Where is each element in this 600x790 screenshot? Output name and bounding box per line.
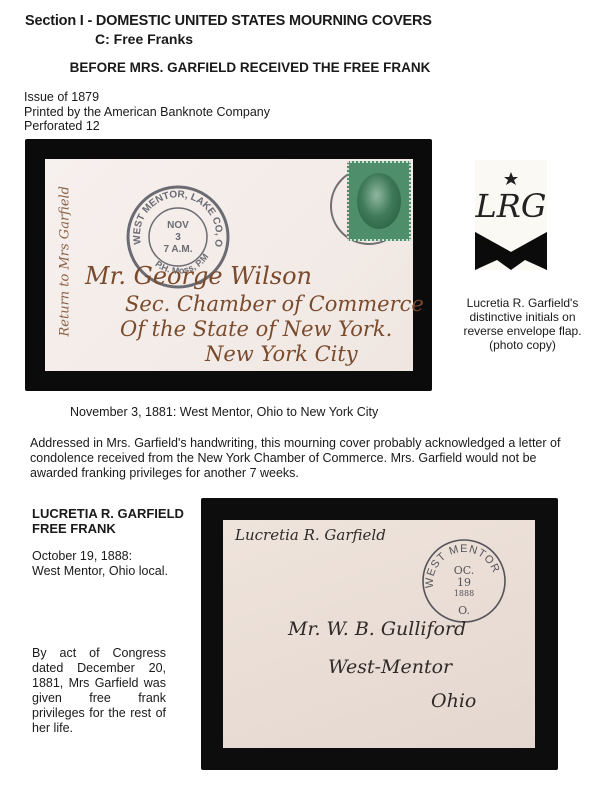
mourning-cover-1888: Lucretia R. Garfield WEST MENTOR OC. 19 … xyxy=(201,498,558,770)
address-line-2: Sec. Chamber of Commerce xyxy=(125,292,424,316)
envelope-paper: Lucretia R. Garfield WEST MENTOR OC. 19 … xyxy=(223,520,535,748)
free-frank-title: LUCRETIA R. GARFIELD FREE FRANK xyxy=(32,506,184,536)
postmark-day: 19 xyxy=(457,576,471,589)
postmark-state: O. xyxy=(458,604,470,617)
spec-perforation: Perforated 12 xyxy=(24,119,270,134)
sender-note: Return to Mrs Garfield xyxy=(58,197,73,337)
envelope-paper: WEST MENTOR, LAKE CO, OHIO. P.H. Moss, P… xyxy=(45,159,413,371)
mourning-cover-1881: WEST MENTOR, LAKE CO, OHIO. P.H. Moss, P… xyxy=(25,139,432,391)
address-line-3: Ohio xyxy=(431,690,476,712)
free-frank-act-text: By act of Congress dated December 20, 18… xyxy=(32,646,166,736)
issue-specs: Issue of 1879 Printed by the American Ba… xyxy=(24,90,270,134)
free-frank-date: October 19, 1888: West Mentor, Ohio loca… xyxy=(32,549,168,578)
lrg-monogram-icon: LRG xyxy=(475,160,547,270)
section-title: Section I - DOMESTIC UNITED STATES MOURN… xyxy=(25,13,432,29)
cover-1-caption: November 3, 1881: West Mentor, Ohio to N… xyxy=(70,405,378,419)
spec-printer: Printed by the American Banknote Company xyxy=(24,105,270,120)
postmark-year: 1888 xyxy=(454,589,474,598)
washington-3c-stamp-icon xyxy=(347,161,411,241)
address-line-1: Mr. W. B. Gulliford xyxy=(288,618,466,640)
address-line-2: West-Mentor xyxy=(328,656,452,678)
monogram-caption: Lucretia R. Garfield's distinctive initi… xyxy=(445,296,600,352)
postmark-day: 3 xyxy=(175,232,181,243)
postmark-month: NOV xyxy=(167,220,189,231)
page-heading: BEFORE MRS. GARFIELD RECEIVED THE FREE F… xyxy=(0,60,500,75)
monogram-flap-image: LRG xyxy=(475,160,547,270)
address-line-4: New York City xyxy=(205,342,358,366)
address-line-1: Mr. George Wilson xyxy=(85,262,312,290)
address-line-3: Of the State of New York. xyxy=(120,317,392,341)
postmark-west-mentor-1888-icon: WEST MENTOR OC. 19 1888 O. xyxy=(421,538,507,624)
subsection-title: C: Free Franks xyxy=(95,31,193,47)
spec-issue: Issue of 1879 xyxy=(24,90,270,105)
postmark-time: 7 A.M. xyxy=(163,244,192,255)
cover-1-description: Addressed in Mrs. Garfield's handwriting… xyxy=(30,436,570,481)
free-frank-signature: Lucretia R. Garfield xyxy=(235,526,386,544)
svg-text:LRG: LRG xyxy=(475,187,546,225)
